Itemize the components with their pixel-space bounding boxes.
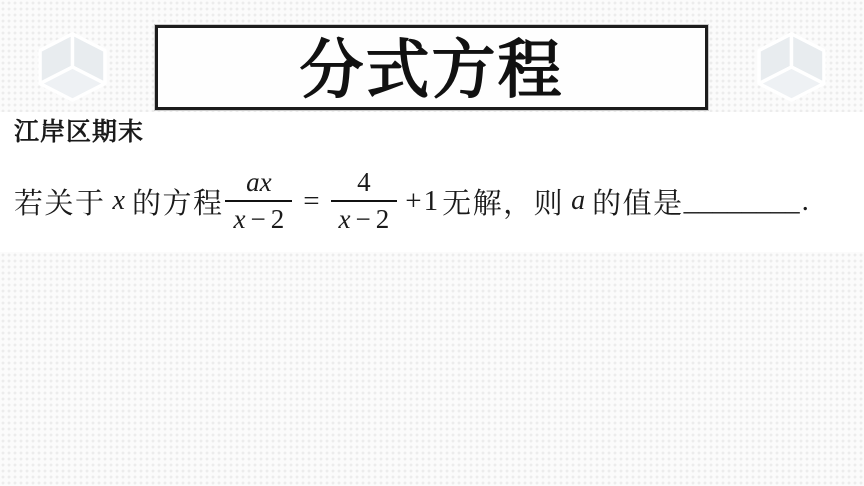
slide-title: 分式方程 <box>300 34 564 102</box>
den-var: x <box>233 204 245 235</box>
fraction-left-denominator: x − 2 <box>225 200 292 235</box>
title-box: 分式方程 <box>155 25 708 110</box>
cube-icon <box>38 32 107 102</box>
variable-x: x <box>113 185 125 217</box>
fraction-right-numerator: 4 <box>353 167 375 199</box>
den-var: x <box>339 204 351 235</box>
fraction-right: 4 x − 2 <box>331 167 398 234</box>
period: . <box>802 185 809 218</box>
cube-icon <box>757 32 826 102</box>
fraction-right-denominator: x − 2 <box>331 200 398 235</box>
problem-text-mid: 无解，则 <box>442 181 564 222</box>
fraction-left-numerator: ax <box>242 167 275 199</box>
den-minus: − <box>356 204 371 235</box>
plus-one-term: +1 <box>405 185 440 218</box>
equals-sign: = <box>303 185 319 218</box>
problem-text-tail: 的值是 <box>592 181 684 222</box>
problem-text-lead1: 若关于 <box>14 181 106 222</box>
den-const: 2 <box>271 204 285 235</box>
problem-area: 江岸区期末 若关于 x 的方程 ax x − 2 = 4 x − 2 +1 无解… <box>0 112 864 252</box>
exam-source-label: 江岸区期末 <box>14 117 850 149</box>
problem-statement: 若关于 x 的方程 ax x − 2 = 4 x − 2 +1 无解，则 a 的… <box>14 153 850 249</box>
den-minus: − <box>250 204 265 235</box>
den-const: 2 <box>376 204 390 235</box>
answer-blank: ________ <box>684 185 800 218</box>
problem-text-lead2: 的方程 <box>132 181 224 222</box>
fraction-left: ax x − 2 <box>225 167 292 234</box>
variable-a: a <box>571 185 585 217</box>
